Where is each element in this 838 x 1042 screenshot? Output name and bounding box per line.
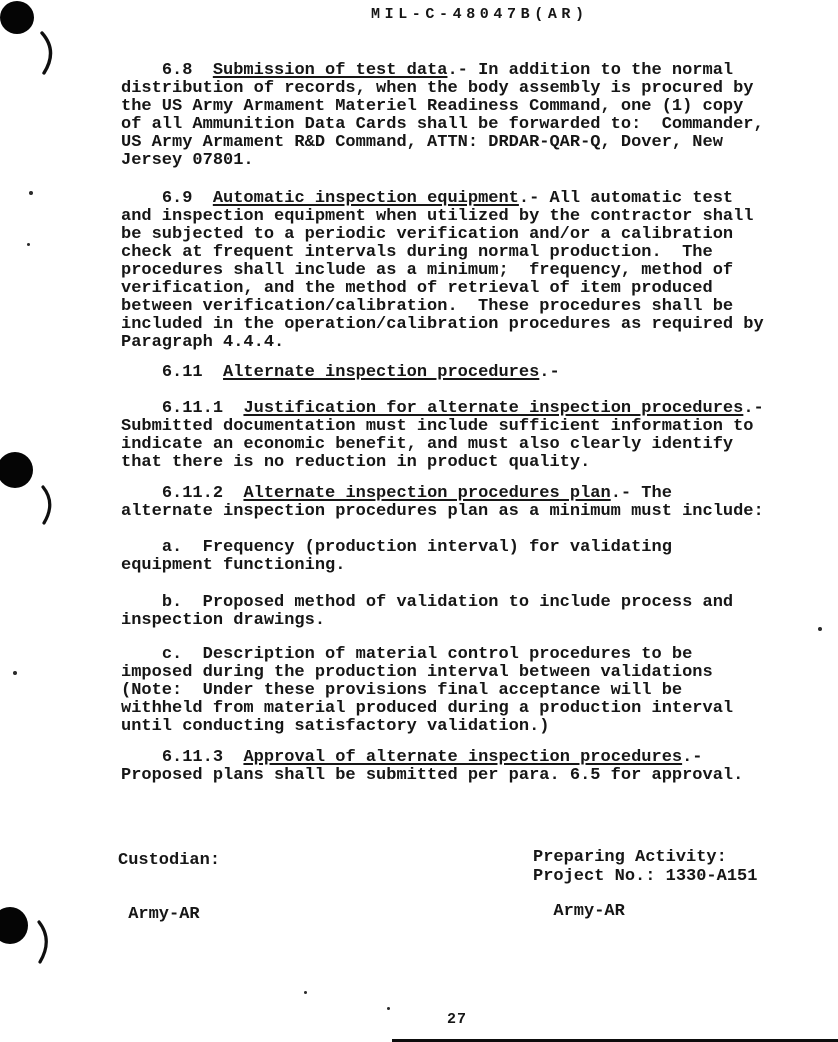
- paragraph-number: 6.11.2: [121, 484, 243, 503]
- page-number: 27: [447, 1011, 467, 1029]
- scanned-document-page: MIL-C-48047B(AR) 6.8 Submission of test …: [0, 0, 838, 1042]
- list-item-a: a. Frequency (production interval) for v…: [121, 539, 797, 575]
- binder-hole-icon: [0, 907, 28, 944]
- paragraph-number: 6.9: [121, 189, 213, 208]
- project-number: Project No.: 1330-A151: [533, 868, 757, 886]
- custodian-block: Custodian: Army-AR: [118, 816, 220, 960]
- preparing-activity-value: Army-AR: [533, 903, 727, 921]
- binder-hole-icon: [0, 452, 33, 488]
- paragraph-number: 6.11.1: [121, 399, 243, 418]
- custodian-value: Army-AR: [118, 906, 220, 924]
- paragraph-number: 6.11: [121, 363, 223, 382]
- paragraph-title: Alternate inspection procedures plan: [243, 484, 610, 503]
- paren-mark-icon: [40, 485, 58, 530]
- heading-6-11: 6.11 Alternate inspection procedures.-: [121, 364, 797, 382]
- paragraph-number: 6.11.3: [121, 748, 243, 767]
- list-item-c: c. Description of material control proce…: [121, 646, 797, 736]
- paragraph-title: Approval of alternate inspection procedu…: [243, 748, 682, 767]
- paragraph-6-11-1: 6.11.1 Justification for alternate inspe…: [121, 400, 797, 472]
- list-item-b: b. Proposed method of validation to incl…: [121, 594, 797, 630]
- document-id-header: MIL-C-48047B(AR): [371, 6, 589, 24]
- list-item-text: b. Proposed method of validation to incl…: [121, 593, 733, 630]
- paragraph-6-8: 6.8 Submission of test data.- In additio…: [121, 62, 797, 170]
- scan-speck: [29, 191, 33, 195]
- scan-speck: [13, 671, 17, 675]
- paren-mark-icon: [39, 31, 59, 80]
- scan-speck: [304, 991, 307, 994]
- scan-speck: [27, 243, 30, 246]
- paragraph-6-11-2: 6.11.2 Alternate inspection procedures p…: [121, 485, 797, 521]
- scan-speck: [387, 1007, 390, 1010]
- paragraph-title: Alternate inspection procedures: [223, 363, 539, 382]
- custodian-label: Custodian:: [118, 852, 220, 870]
- paragraph-title: Automatic inspection equipment: [213, 189, 519, 208]
- paragraph-title: Submission of test data: [213, 61, 448, 80]
- paragraph-body: .-: [539, 363, 559, 382]
- paragraph-title: Justification for alternate inspection p…: [243, 399, 743, 418]
- binder-hole-icon: [0, 1, 34, 34]
- paragraph-number: 6.8: [121, 61, 213, 80]
- list-item-text: c. Description of material control proce…: [121, 645, 733, 736]
- paren-mark-icon: [36, 920, 54, 969]
- paragraph-body: .- All automatic test and inspection equ…: [121, 189, 764, 352]
- paragraph-6-11-3: 6.11.3 Approval of alternate inspection …: [121, 749, 797, 785]
- scan-speck: [818, 627, 822, 631]
- paragraph-6-9: 6.9 Automatic inspection equipment.- All…: [121, 190, 797, 352]
- list-item-text: a. Frequency (production interval) for v…: [121, 538, 672, 575]
- preparing-activity-label: Preparing Activity:: [533, 849, 727, 867]
